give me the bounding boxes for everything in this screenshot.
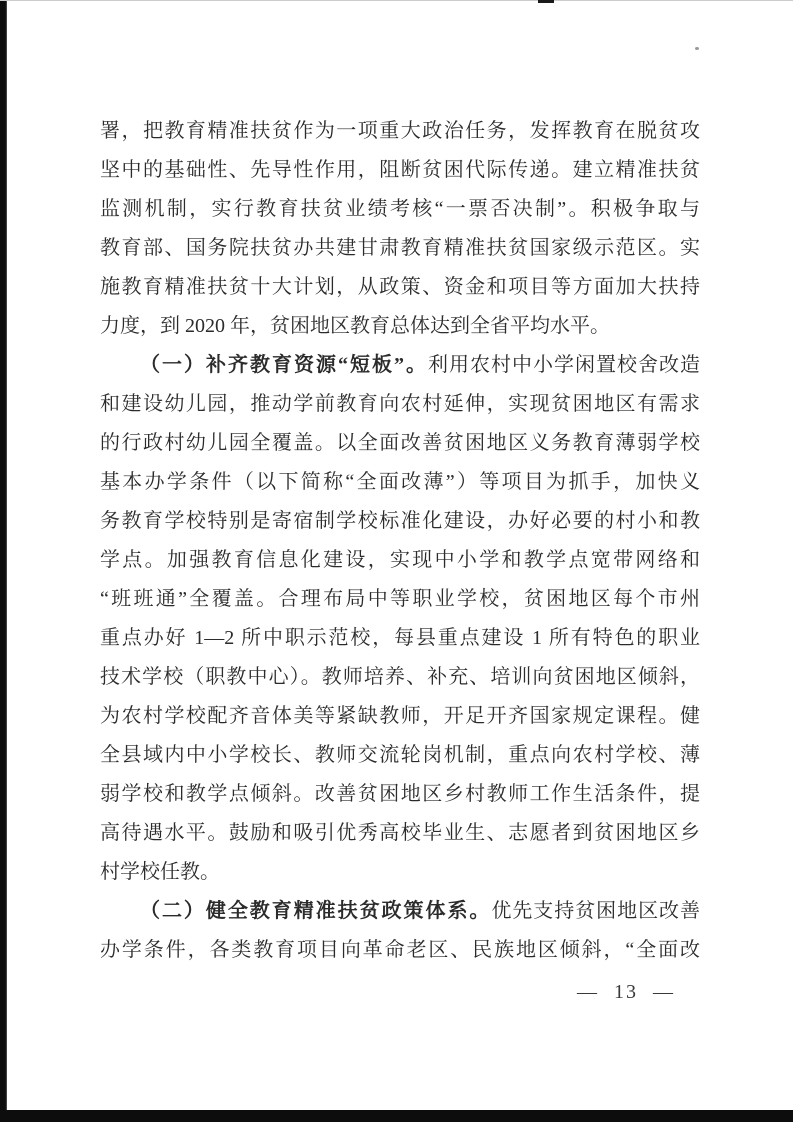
scan-edge-top [0,0,793,1]
section-heading: （一）补齐教育资源“短板”。 [140,354,428,376]
section-heading: （二）健全教育精准扶贫政策体系。 [140,900,491,922]
text-line: 务教育学校特别是寄宿制学校标准化建设，办好必要的村小和教 [100,502,700,541]
text-line: 监测机制，实行教育扶贫业绩考核“一票否决制”。积极争取与 [100,190,700,229]
scan-edge-bottom [0,1110,793,1122]
text-line: 办学条件，各类教育项目向革命老区、民族地区倾斜，“全面改 [100,931,700,970]
text-line: 高待遇水平。鼓励和吸引优秀高校毕业生、志愿者到贫困地区乡 [100,814,700,853]
document-body: 署，把教育精准扶贫作为一项重大政治任务，发挥教育在脱贫攻坚中的基础性、先导性作用… [100,112,700,970]
text-line: “班班通”全覆盖。合理布局中等职业学校，贫困地区每个市州 [100,580,700,619]
text-line: （二）健全教育精准扶贫政策体系。优先支持贫困地区改善 [100,892,700,931]
text-line: 署，把教育精准扶贫作为一项重大政治任务，发挥教育在脱贫攻 [100,112,700,151]
text-line: 的行政村幼儿园全覆盖。以全面改善贫困地区义务教育薄弱学校 [100,424,700,463]
text-line: 学点。加强教育信息化建设，实现中小学和教学点宽带网络和 [100,541,700,580]
text-line: 全县域内中小学校长、教师交流轮岗机制，重点向农村学校、薄 [100,736,700,775]
text-line: 基本办学条件（以下简称“全面改薄”）等项目为抓手，加快义 [100,463,700,502]
scan-edge-left [0,0,7,1122]
text-line: 弱学校和教学点倾斜。改善贫困地区乡村教师工作生活条件，提 [100,775,700,814]
text-line: 力度，到 2020 年，贫困地区教育总体达到全省平均水平。 [100,307,700,346]
text-line: 和建设幼儿园，推动学前教育向农村延伸，实现贫困地区有需求 [100,385,700,424]
scanned-document-page: 署，把教育精准扶贫作为一项重大政治任务，发挥教育在脱贫攻坚中的基础性、先导性作用… [0,0,793,1122]
text-line: 施教育精准扶贫十大计划，从政策、资金和项目等方面加大扶持 [100,268,700,307]
scan-artifact-mark [538,0,554,3]
text-line: 坚中的基础性、先导性作用，阻断贫困代际传递。建立精准扶贫 [100,151,700,190]
text-line: 村学校任教。 [100,853,700,892]
text-line: 技术学校（职教中心）。教师培养、补充、培训向贫困地区倾斜， [100,658,700,697]
text-line: 为农村学校配齐音体美等紧缺教师，开足开齐国家规定课程。健 [100,697,700,736]
text-line: 教育部、国务院扶贫办共建甘肃教育精准扶贫国家级示范区。实 [100,229,700,268]
text-line: （一）补齐教育资源“短板”。利用农村中小学闲置校舍改造 [100,346,700,385]
scan-artifact-speck [695,47,699,50]
page-number: — 13 — [577,976,675,1008]
text-line: 重点办好 1—2 所中职示范校，每县重点建设 1 所有特色的职业 [100,619,700,658]
